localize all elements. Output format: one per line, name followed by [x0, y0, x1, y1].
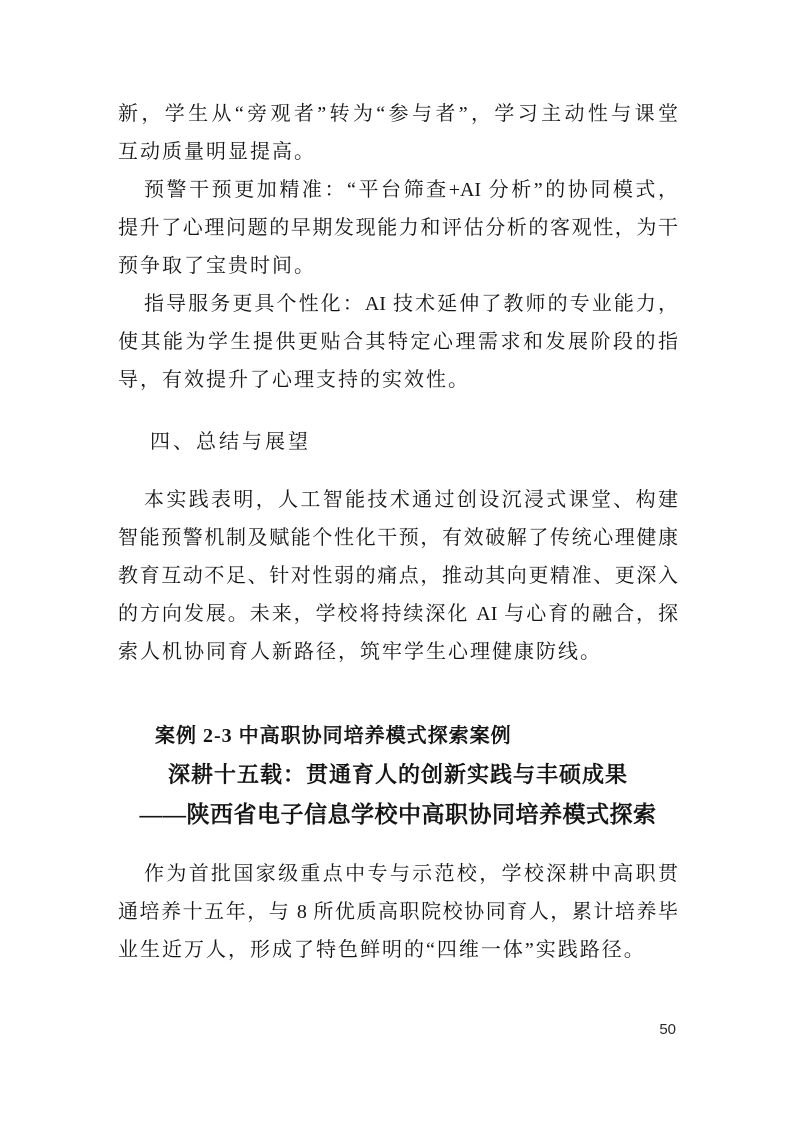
section-heading: 四、总结与展望	[118, 423, 678, 461]
paragraph-line: 本实践表明，人工智能技术通过创设沉浸式课堂、构建	[118, 481, 678, 519]
paragraph-line: 互动质量明显提高。	[118, 133, 678, 171]
paragraph-line: 索人机协同育人新路径，筑牢学生心理健康防线。	[118, 633, 678, 671]
paragraph-line: 预争取了宝贵时间。	[118, 247, 678, 285]
paragraph-line: 教育互动不足、针对性弱的痛点，推动其向更精准、更深入	[118, 557, 678, 595]
paragraph-line: 使其能为学生提供更贴合其特定心理需求和发展阶段的指	[118, 323, 678, 361]
page-content: 新，学生从“旁观者”转为“参与者”，学习主动性与课堂 互动质量明显提高。 预警干…	[118, 95, 678, 969]
paragraph-line: 预警干预更加精准：“平台筛查+AI 分析”的协同模式，	[118, 171, 678, 209]
paragraph-line: 的方向发展。未来，学校将持续深化 AI 与心育的融合，探	[118, 595, 678, 633]
paragraph-line: 指导服务更具个性化：AI 技术延伸了教师的专业能力，	[118, 285, 678, 323]
case-heading: 案例 2-3 中高职协同培养模式探索案例	[118, 717, 678, 755]
paragraph-line: 导，有效提升了心理支持的实效性。	[118, 361, 678, 399]
case-title: 深耕十五载：贯通育人的创新实践与丰硕成果	[118, 755, 678, 795]
paragraph-line: 通培养十五年，与 8 所优质高职院校协同育人，累计培养毕	[118, 893, 678, 931]
case-subtitle: ——陕西省电子信息学校中高职协同培养模式探索	[118, 795, 678, 835]
paragraph-line: 提升了心理问题的早期发现能力和评估分析的客观性，为干	[118, 209, 678, 247]
paragraph-line: 作为首批国家级重点中专与示范校，学校深耕中高职贯	[118, 855, 678, 893]
paragraph-line: 业生近万人，形成了特色鲜明的“四维一体”实践路径。	[118, 931, 678, 969]
page-number: 50	[659, 1021, 676, 1038]
paragraph-line: 智能预警机制及赋能个性化干预，有效破解了传统心理健康	[118, 519, 678, 557]
paragraph-line: 新，学生从“旁观者”转为“参与者”，学习主动性与课堂	[118, 95, 678, 133]
document-page: 新，学生从“旁观者”转为“参与者”，学习主动性与课堂 互动质量明显提高。 预警干…	[0, 0, 794, 1123]
